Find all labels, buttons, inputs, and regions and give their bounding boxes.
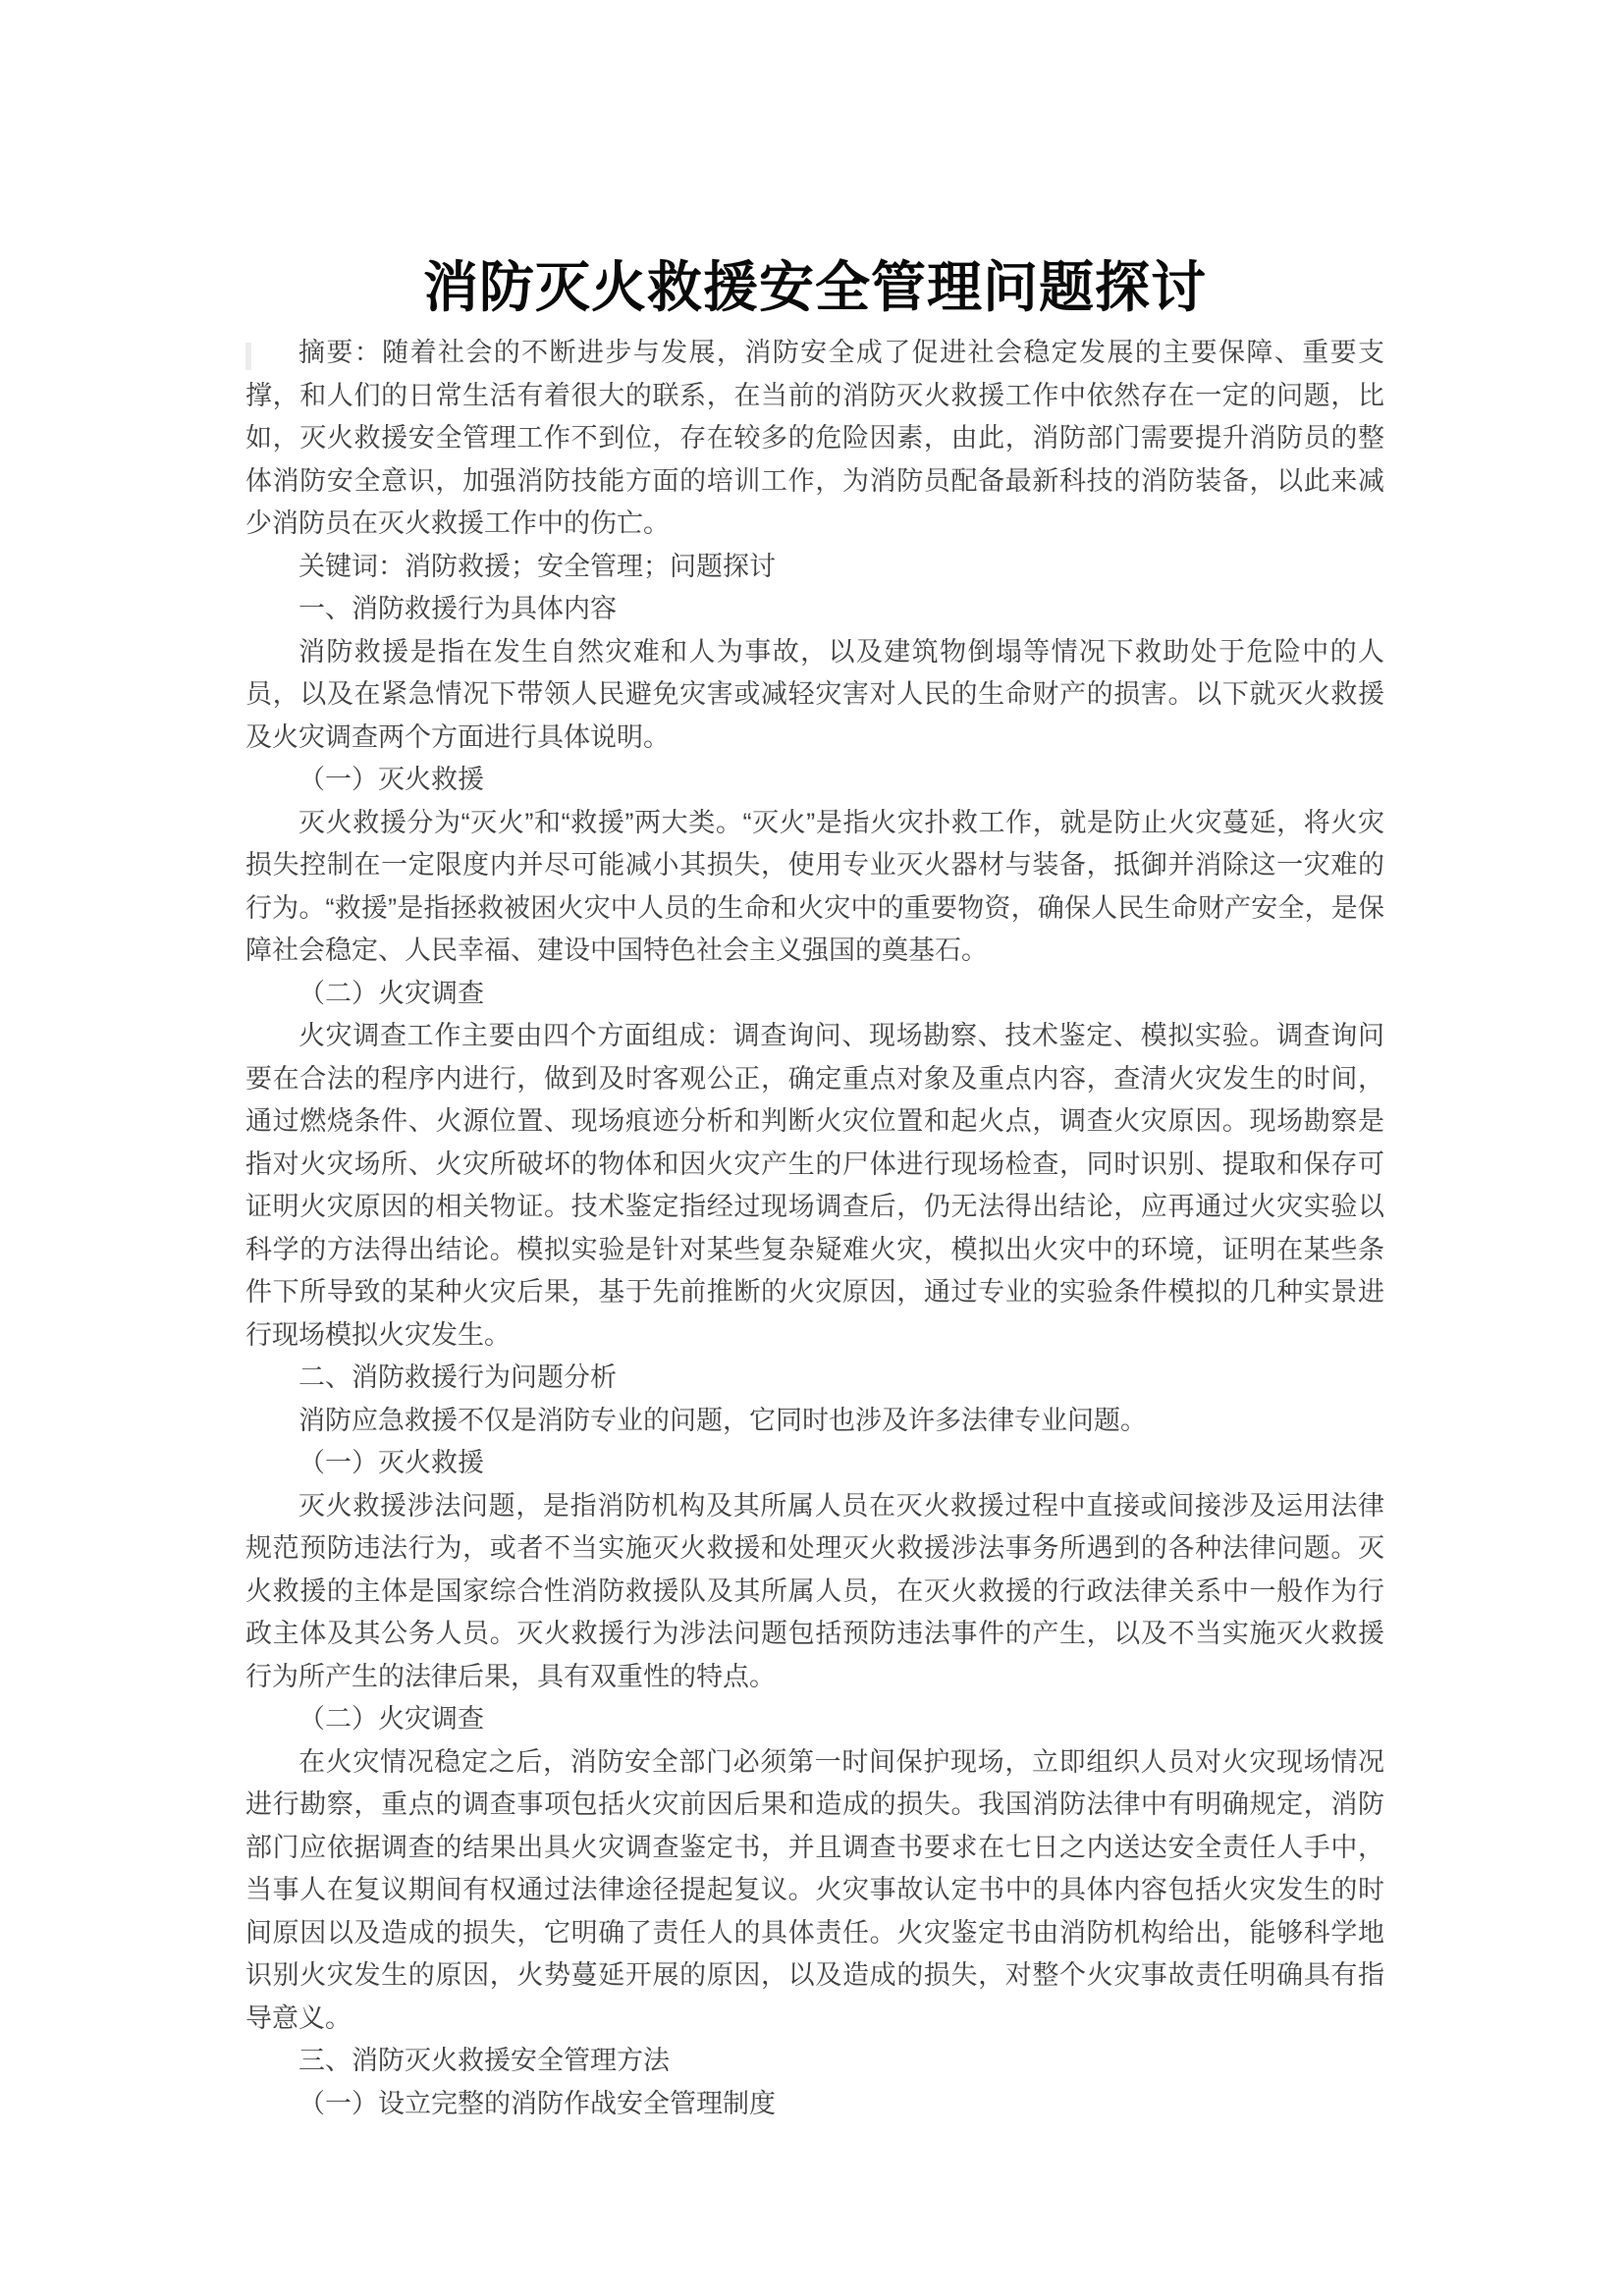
page-title: 消防灭火救援安全管理问题探讨 xyxy=(245,248,1384,327)
subsection-heading-1-2: （二）火灾调查 xyxy=(245,973,1384,1016)
body-paragraph: 消防救援是指在发生自然灾难和人为事故，以及建筑物倒塌等情况下救助处于危险中的人员… xyxy=(245,631,1384,760)
body-paragraph: 消防应急救援不仅是消防专业的问题，它同时也涉及许多法律专业问题。 xyxy=(245,1400,1384,1443)
document-body: 摘要：随着社会的不断进步与发展，消防安全成了促进社会稳定发展的主要保障、重要支撑… xyxy=(245,332,1384,2125)
abstract-paragraph: 摘要：随着社会的不断进步与发展，消防安全成了促进社会稳定发展的主要保障、重要支撑… xyxy=(245,332,1384,546)
body-paragraph: 在火灾情况稳定之后，消防安全部门必须第一时间保护现场，立即组织人员对火灾现场情况… xyxy=(245,1741,1384,2041)
keywords-paragraph: 关键词：消防救援；安全管理；问题探讨 xyxy=(245,546,1384,589)
subsection-heading-3-1: （一）设立完整的消防作战安全管理制度 xyxy=(245,2083,1384,2126)
subsection-heading-2-1: （一）灭火救援 xyxy=(245,1442,1384,1485)
body-paragraph: 灭火救援涉法问题，是指消防机构及其所属人员在灭火救援过程中直接或间接涉及运用法律… xyxy=(245,1485,1384,1699)
section-heading-1: 一、消防救援行为具体内容 xyxy=(245,588,1384,631)
section-heading-3: 三、消防灭火救援安全管理方法 xyxy=(245,2040,1384,2083)
body-paragraph: 火灾调查工作主要由四个方面组成：调查询问、现场勘察、技术鉴定、模拟实验。调查询问… xyxy=(245,1015,1384,1357)
section-heading-2: 二、消防救援行为问题分析 xyxy=(245,1357,1384,1400)
subsection-heading-1-1: （一）灭火救援 xyxy=(245,759,1384,802)
subsection-heading-2-2: （二）火灾调查 xyxy=(245,1698,1384,1741)
document-page: 消防灭火救援安全管理问题探讨 摘要：随着社会的不断进步与发展，消防安全成了促进社… xyxy=(0,0,1624,2296)
body-paragraph: 灭火救援分为“灭火”和“救援”两大类。“灭火”是指火灾扑救工作，就是防止火灾蔓延… xyxy=(245,802,1384,973)
